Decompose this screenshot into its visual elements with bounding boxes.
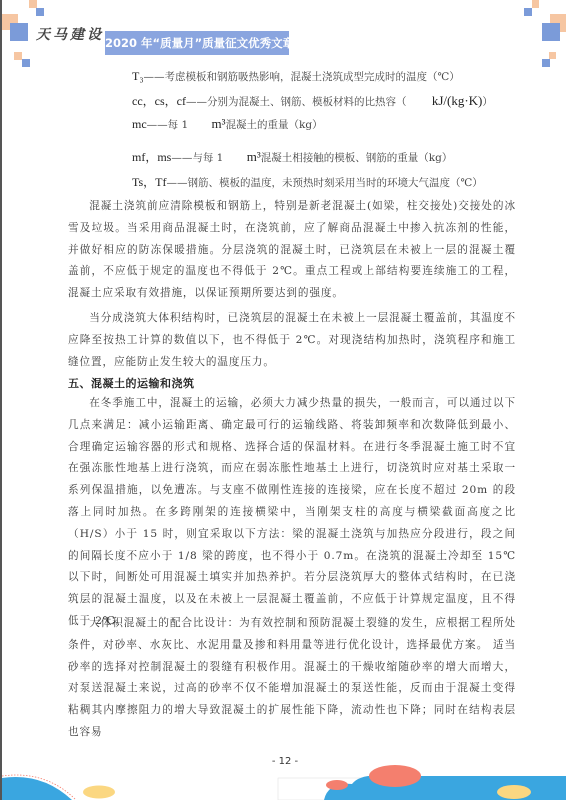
paragraph-text: 大体积混凝土的配合比设计：为有效控制和预防混凝土裂缝的发生，应根据工程所处条件，… (68, 613, 516, 744)
paragraph-3: 在冬季施工中，混凝土的运输，必须大力减少热量的损失，一般而言，可以通过以下几点来… (68, 393, 516, 633)
definition-ts-tf: Ts，Tf——钢筋、模板的温度，未预热时刻采用当时的环境大气温度（℃） (132, 172, 483, 193)
definition-text: ——分别为混凝土、钢筋、模板材料的比热容（ (186, 96, 407, 108)
decor-square (14, 52, 22, 60)
decor-square (542, 59, 550, 67)
paragraph-4: 大体积混凝土的配合比设计：为有效控制和预防混凝土裂缝的发生，应根据工程所处条件，… (68, 613, 516, 744)
symbol: mf，ms (132, 150, 171, 164)
definition-mc: mc——每 1 m³混凝土的重量（kg） (132, 113, 323, 134)
definition-specific-heat: cc，cs，cf——分别为混凝土、钢筋、模板材料的比热容（ kJ/(kg·K)） (132, 90, 493, 111)
definition-tail: 混凝土相接触的模板、钢筋的重量（kg） (261, 152, 453, 164)
definition-text: ——考虑模板和钢筋吸热影响，混凝土浇筑成型完成时的温度（℃） (144, 71, 460, 83)
article-banner-title: 2020 年“质量月”质量征文优秀文章 (105, 31, 289, 55)
paragraph-2: 当分成浇筑大体积结构时，已浇筑层的混凝土在未被上一层混凝土覆盖前，其温度不应降至… (68, 308, 516, 373)
decor-square (36, 8, 44, 16)
symbol: T₃ (132, 69, 144, 83)
decor-square (532, 0, 539, 8)
paragraph-text: 当分成浇筑大体积结构时，已浇筑层的混凝土在未被上一层混凝土覆盖前，其温度不应降至… (68, 308, 516, 373)
definition-t3: T₃——考虑模板和钢筋吸热影响，混凝土浇筑成型完成时的温度（℃） (132, 66, 460, 87)
decor-square (524, 8, 532, 16)
definition-text: ——与每 1 (171, 152, 223, 164)
paragraph-text: 在冬季施工中，混凝土的运输，必须大力减少热量的损失，一般而言，可以通过以下几点来… (68, 393, 516, 633)
decor-square (10, 23, 28, 41)
definition-mf-ms: mf，ms——与每 1 m³混凝土相接触的模板、钢筋的重量（kg） (132, 146, 452, 167)
brand-logo-text: 天马建设 (36, 24, 104, 44)
section-heading: 五、混凝土的运输和浇筑 (68, 375, 195, 391)
symbol: mc (132, 117, 147, 131)
paragraph-text: 混凝土浇筑前应清除模板和钢筋上，特别是新老混凝土(如梁，柱交接处)交接处的冰雪及… (68, 196, 516, 305)
decor-square (542, 23, 560, 41)
definition-tail: ） (482, 96, 493, 108)
definition-text: ——钢筋、模板的温度，未预热时刻采用当时的环境大气温度（℃） (167, 177, 483, 189)
decor-square (29, 0, 37, 8)
decor-square (549, 52, 556, 59)
definition-tail: 混凝土的重量（kg） (226, 119, 323, 131)
document-page: 天马建设 2020 年“质量月”质量征文优秀文章 T₃——考虑模板和钢筋吸热影响… (0, 0, 566, 800)
symbol: Ts，Tf (132, 175, 167, 189)
symbol: cc，cs，cf (132, 94, 186, 108)
unit: m³ (247, 149, 261, 164)
unit: m³ (212, 116, 226, 131)
paragraph-1: 混凝土浇筑前应清除模板和钢筋上，特别是新老混凝土(如梁，柱交接处)交接处的冰雪及… (68, 196, 516, 305)
decor-square (22, 59, 30, 67)
definition-text: ——每 1 (147, 119, 189, 131)
footer-decoration (2, 760, 566, 800)
unit: kJ/(kg·K) (432, 93, 483, 108)
